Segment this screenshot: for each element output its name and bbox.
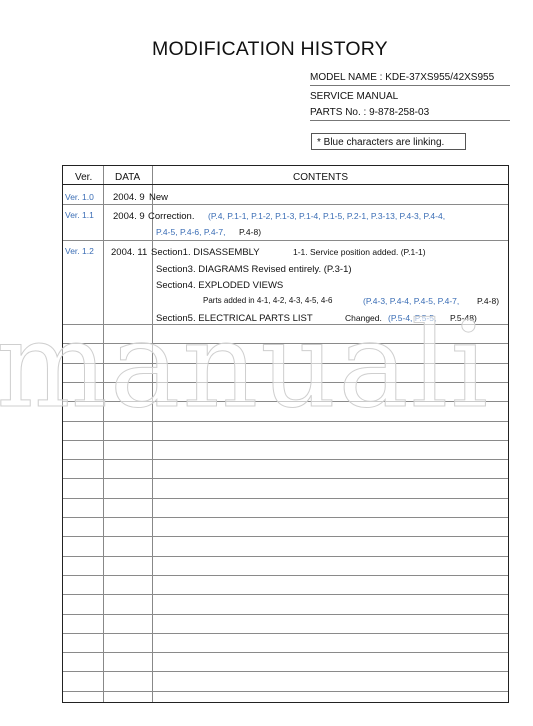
empty-row-divider: [63, 421, 508, 422]
empty-row-divider: [63, 440, 508, 441]
empty-row-divider: [63, 633, 508, 634]
empty-row-divider: [63, 691, 508, 692]
empty-row-divider: [63, 614, 508, 615]
row-content: Correction.: [148, 211, 194, 222]
empty-row-divider: [63, 671, 508, 672]
row-detail: Parts added in 4-1, 4-2, 4-3, 4-5, 4-6: [203, 296, 332, 305]
header-data: DATA: [115, 172, 140, 183]
document-title: MODIFICATION HISTORY: [152, 38, 388, 61]
row-content: New: [149, 192, 168, 203]
empty-row-divider: [63, 478, 508, 479]
header-divider: [63, 184, 508, 185]
row-content: Section4. EXPLODED VIEWS: [156, 280, 283, 291]
empty-row-divider: [63, 594, 508, 595]
page-ref: P.5-48): [450, 313, 477, 323]
empty-row-divider: [63, 652, 508, 653]
version-link[interactable]: Ver. 1.2: [65, 246, 94, 256]
row-content: Section1. DISASSEMBLY: [151, 247, 260, 258]
column-divider: [103, 166, 104, 702]
row-divider: [63, 204, 508, 205]
empty-row-divider: [63, 517, 508, 518]
empty-row-divider: [63, 575, 508, 576]
link-note: * Blue characters are linking.: [311, 133, 466, 150]
parts-number: PARTS No. : 9-878-258-03: [310, 107, 510, 121]
row-detail: Changed.: [345, 313, 382, 323]
empty-row-divider: [63, 382, 508, 383]
row-date: 2004. 9: [113, 211, 145, 222]
page-links[interactable]: (P.4, P.1-1, P.1-2, P.1-3, P.1-4, P.1-5,…: [208, 211, 445, 221]
empty-row-divider: [63, 401, 508, 402]
model-name: MODEL NAME : KDE-37XS955/42XS955: [310, 72, 510, 86]
page-links[interactable]: P.4-5, P.4-6, P.4-7,: [156, 227, 225, 237]
empty-row-divider: [63, 536, 508, 537]
page-ref: P.4-8): [239, 227, 261, 237]
empty-row-divider: [63, 363, 508, 364]
page-links[interactable]: (P.5-4, P.5-5,: [388, 313, 436, 323]
row-detail: 1-1. Service position added. (P.1-1): [293, 247, 426, 257]
empty-row-divider: [63, 343, 508, 344]
row-date: 2004. 9: [113, 192, 145, 203]
row-content: Section3. DIAGRAMS Revised entirely. (P.…: [156, 264, 352, 275]
document-type: SERVICE MANUAL: [310, 91, 510, 102]
row-content: Section5. ELECTRICAL PARTS LIST: [156, 313, 313, 324]
row-date: 2004. 11: [111, 247, 147, 258]
modification-history-table: Ver. DATA CONTENTS Ver. 1.0 2004. 9 New …: [62, 165, 509, 703]
version-link[interactable]: Ver. 1.1: [65, 210, 94, 220]
header-contents: CONTENTS: [293, 172, 348, 183]
row-divider: [63, 240, 508, 241]
empty-row-divider: [63, 498, 508, 499]
page-ref: P.4-8): [477, 296, 499, 306]
header-ver: Ver.: [75, 172, 92, 183]
empty-row-divider: [63, 556, 508, 557]
row-divider: [63, 324, 508, 325]
version-link[interactable]: Ver. 1.0: [65, 192, 94, 202]
empty-row-divider: [63, 459, 508, 460]
page-links[interactable]: (P.4-3, P.4-4, P.4-5, P.4-7,: [363, 296, 459, 306]
